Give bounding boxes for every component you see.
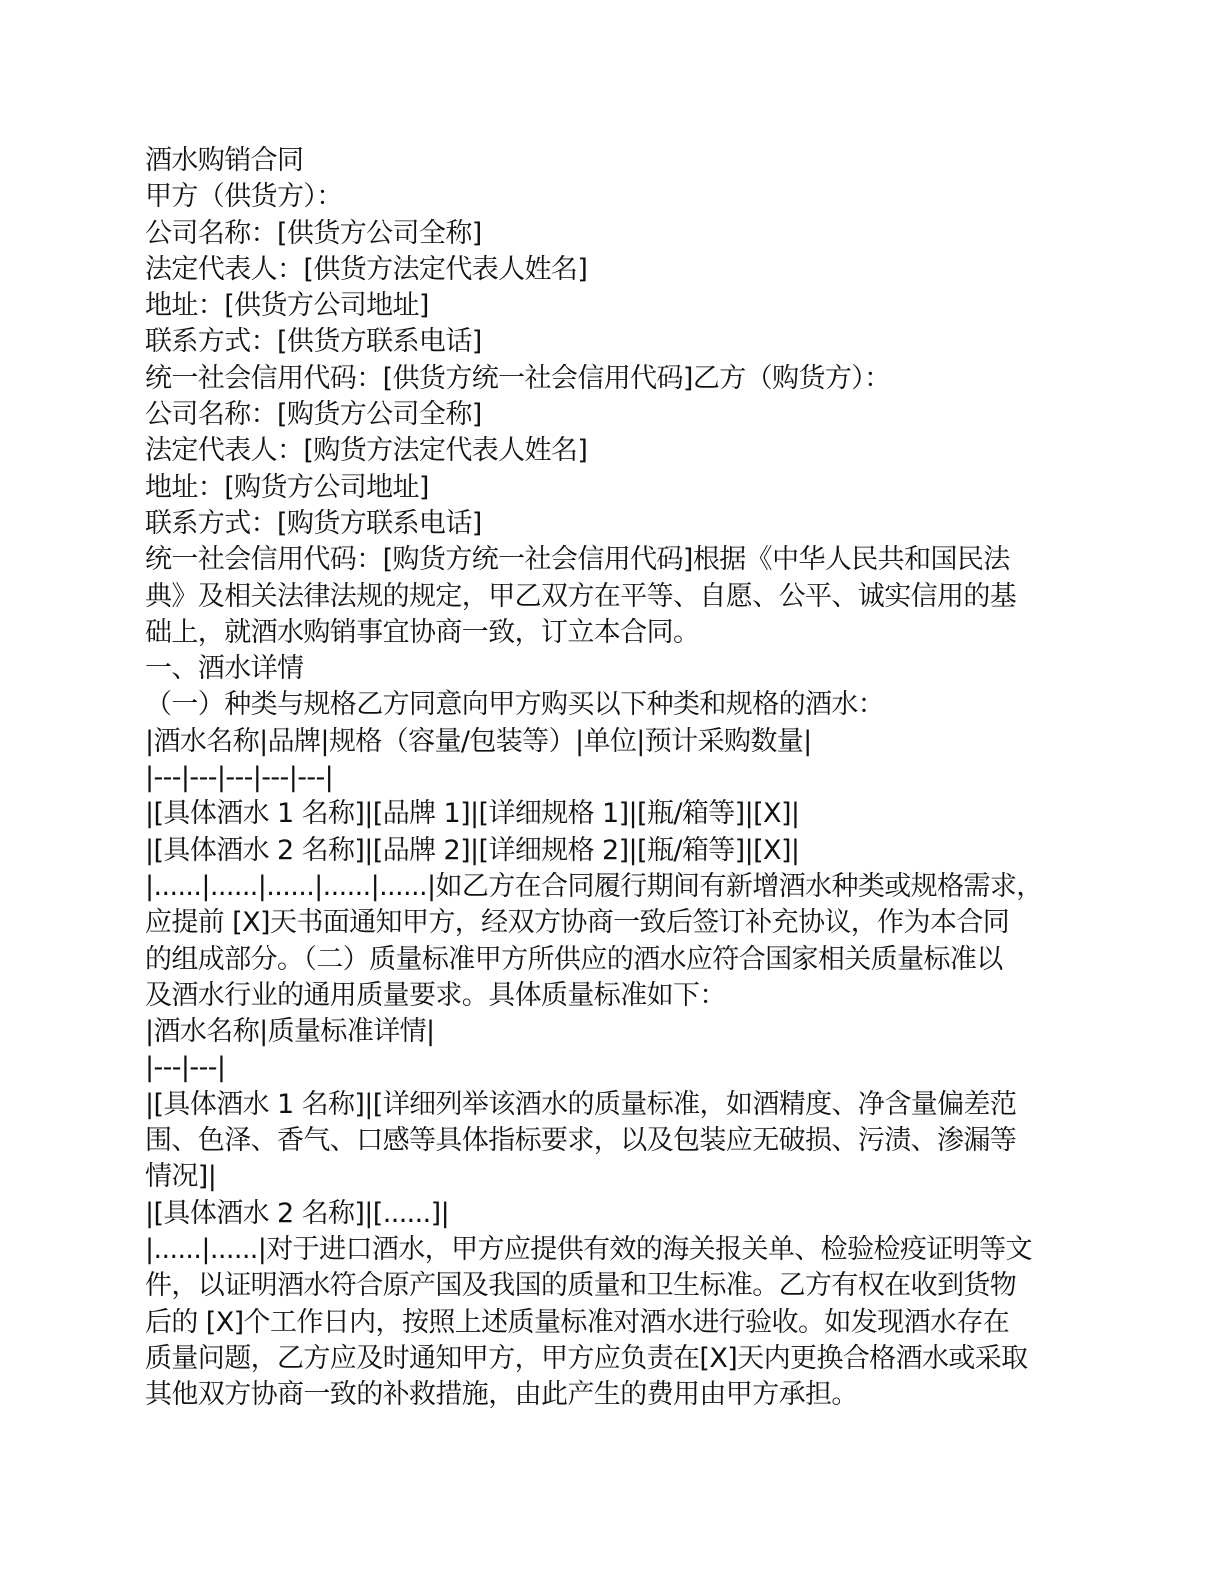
party-a-legal-representative: 法定代表人：[供货方法定代表人姓名] bbox=[145, 252, 1080, 288]
party-a-address: 地址：[供货方公司地址] bbox=[145, 288, 1080, 324]
quality-table-row: |[具体酒水 2 名称]|[......]| bbox=[145, 1196, 1080, 1232]
paragraph-line: 及酒水行业的通用质量要求。具体质量标准如下： bbox=[145, 978, 1080, 1014]
quality-table-row: |[具体酒水 1 名称]|[详细列举该酒水的质量标准，如酒精度、净含量偏差范 bbox=[145, 1087, 1080, 1123]
quality-table-row: 围、色泽、香气、口感等具体指标要求，以及包装应无破损、污渍、渗漏等 bbox=[145, 1123, 1080, 1159]
party-a-contact: 联系方式：[供货方联系电话] bbox=[145, 324, 1080, 360]
paragraph-line: 其他双方协商一致的补救措施，由此产生的费用由甲方承担。 bbox=[145, 1377, 1080, 1413]
party-b-legal-representative: 法定代表人：[购货方法定代表人姓名] bbox=[145, 433, 1080, 469]
paragraph-line: |......|......|对于进口酒水，甲方应提供有效的海关报关单、检验检疫… bbox=[145, 1232, 1080, 1268]
preamble-line: 础上，就酒水购销事宜协商一致，订立本合同。 bbox=[145, 615, 1080, 651]
paragraph-line: 质量问题，乙方应及时通知甲方，甲方应负责在[X]天内更换合格酒水或采取 bbox=[145, 1341, 1080, 1377]
table-header-row: |酒水名称|品牌|规格（容量/包装等）|单位|预计采购数量| bbox=[145, 724, 1080, 760]
subsection-types-specs: （一）种类与规格乙方同意向甲方购买以下种类和规格的酒水： bbox=[145, 687, 1080, 723]
quality-table-header-row: |酒水名称|质量标准详情| bbox=[145, 1014, 1080, 1050]
party-a-credit-code: 统一社会信用代码：[供货方统一社会信用代码]乙方（购货方）： bbox=[145, 361, 1080, 397]
preamble-line: 统一社会信用代码：[购货方统一社会信用代码]根据《中华人民共和国民法 bbox=[145, 542, 1080, 578]
document-page: 酒水购销合同 甲方（供货方）： 公司名称：[供货方公司全称] 法定代表人：[供货… bbox=[145, 143, 1080, 1413]
table-row: |[具体酒水 2 名称]|[品牌 2]|[详细规格 2]|[瓶/箱等]|[X]| bbox=[145, 833, 1080, 869]
paragraph-line: 应提前 [X]天书面通知甲方，经双方协商一致后签订补充协议，作为本合同 bbox=[145, 905, 1080, 941]
paragraph-line: 后的 [X]个工作日内，按照上述质量标准对酒水进行验收。如发现酒水存在 bbox=[145, 1305, 1080, 1341]
document-title: 酒水购销合同 bbox=[145, 143, 1080, 179]
party-a-company-name: 公司名称：[供货方公司全称] bbox=[145, 216, 1080, 252]
paragraph-line: 件，以证明酒水符合原产国及我国的质量和卫生标准。乙方有权在收到货物 bbox=[145, 1268, 1080, 1304]
quality-table-row: 情况]| bbox=[145, 1159, 1080, 1195]
table-row: |[具体酒水 1 名称]|[品牌 1]|[详细规格 1]|[瓶/箱等]|[X]| bbox=[145, 796, 1080, 832]
section-heading: 一、酒水详情 bbox=[145, 651, 1080, 687]
party-b-address: 地址：[购货方公司地址] bbox=[145, 470, 1080, 506]
table-separator-row: |---|---|---|---|---| bbox=[145, 760, 1080, 796]
table-row: |......|......|......|......|......|如乙方在… bbox=[145, 869, 1080, 905]
party-a-heading: 甲方（供货方）： bbox=[145, 179, 1080, 215]
party-b-contact: 联系方式：[购货方联系电话] bbox=[145, 506, 1080, 542]
quality-table-separator-row: |---|---| bbox=[145, 1050, 1080, 1086]
paragraph-line: 的组成部分。（二）质量标准甲方所供应的酒水应符合国家相关质量标准以 bbox=[145, 942, 1080, 978]
preamble-line: 典》及相关法律法规的规定，甲乙双方在平等、自愿、公平、诚实信用的基 bbox=[145, 579, 1080, 615]
party-b-company-name: 公司名称：[购货方公司全称] bbox=[145, 397, 1080, 433]
